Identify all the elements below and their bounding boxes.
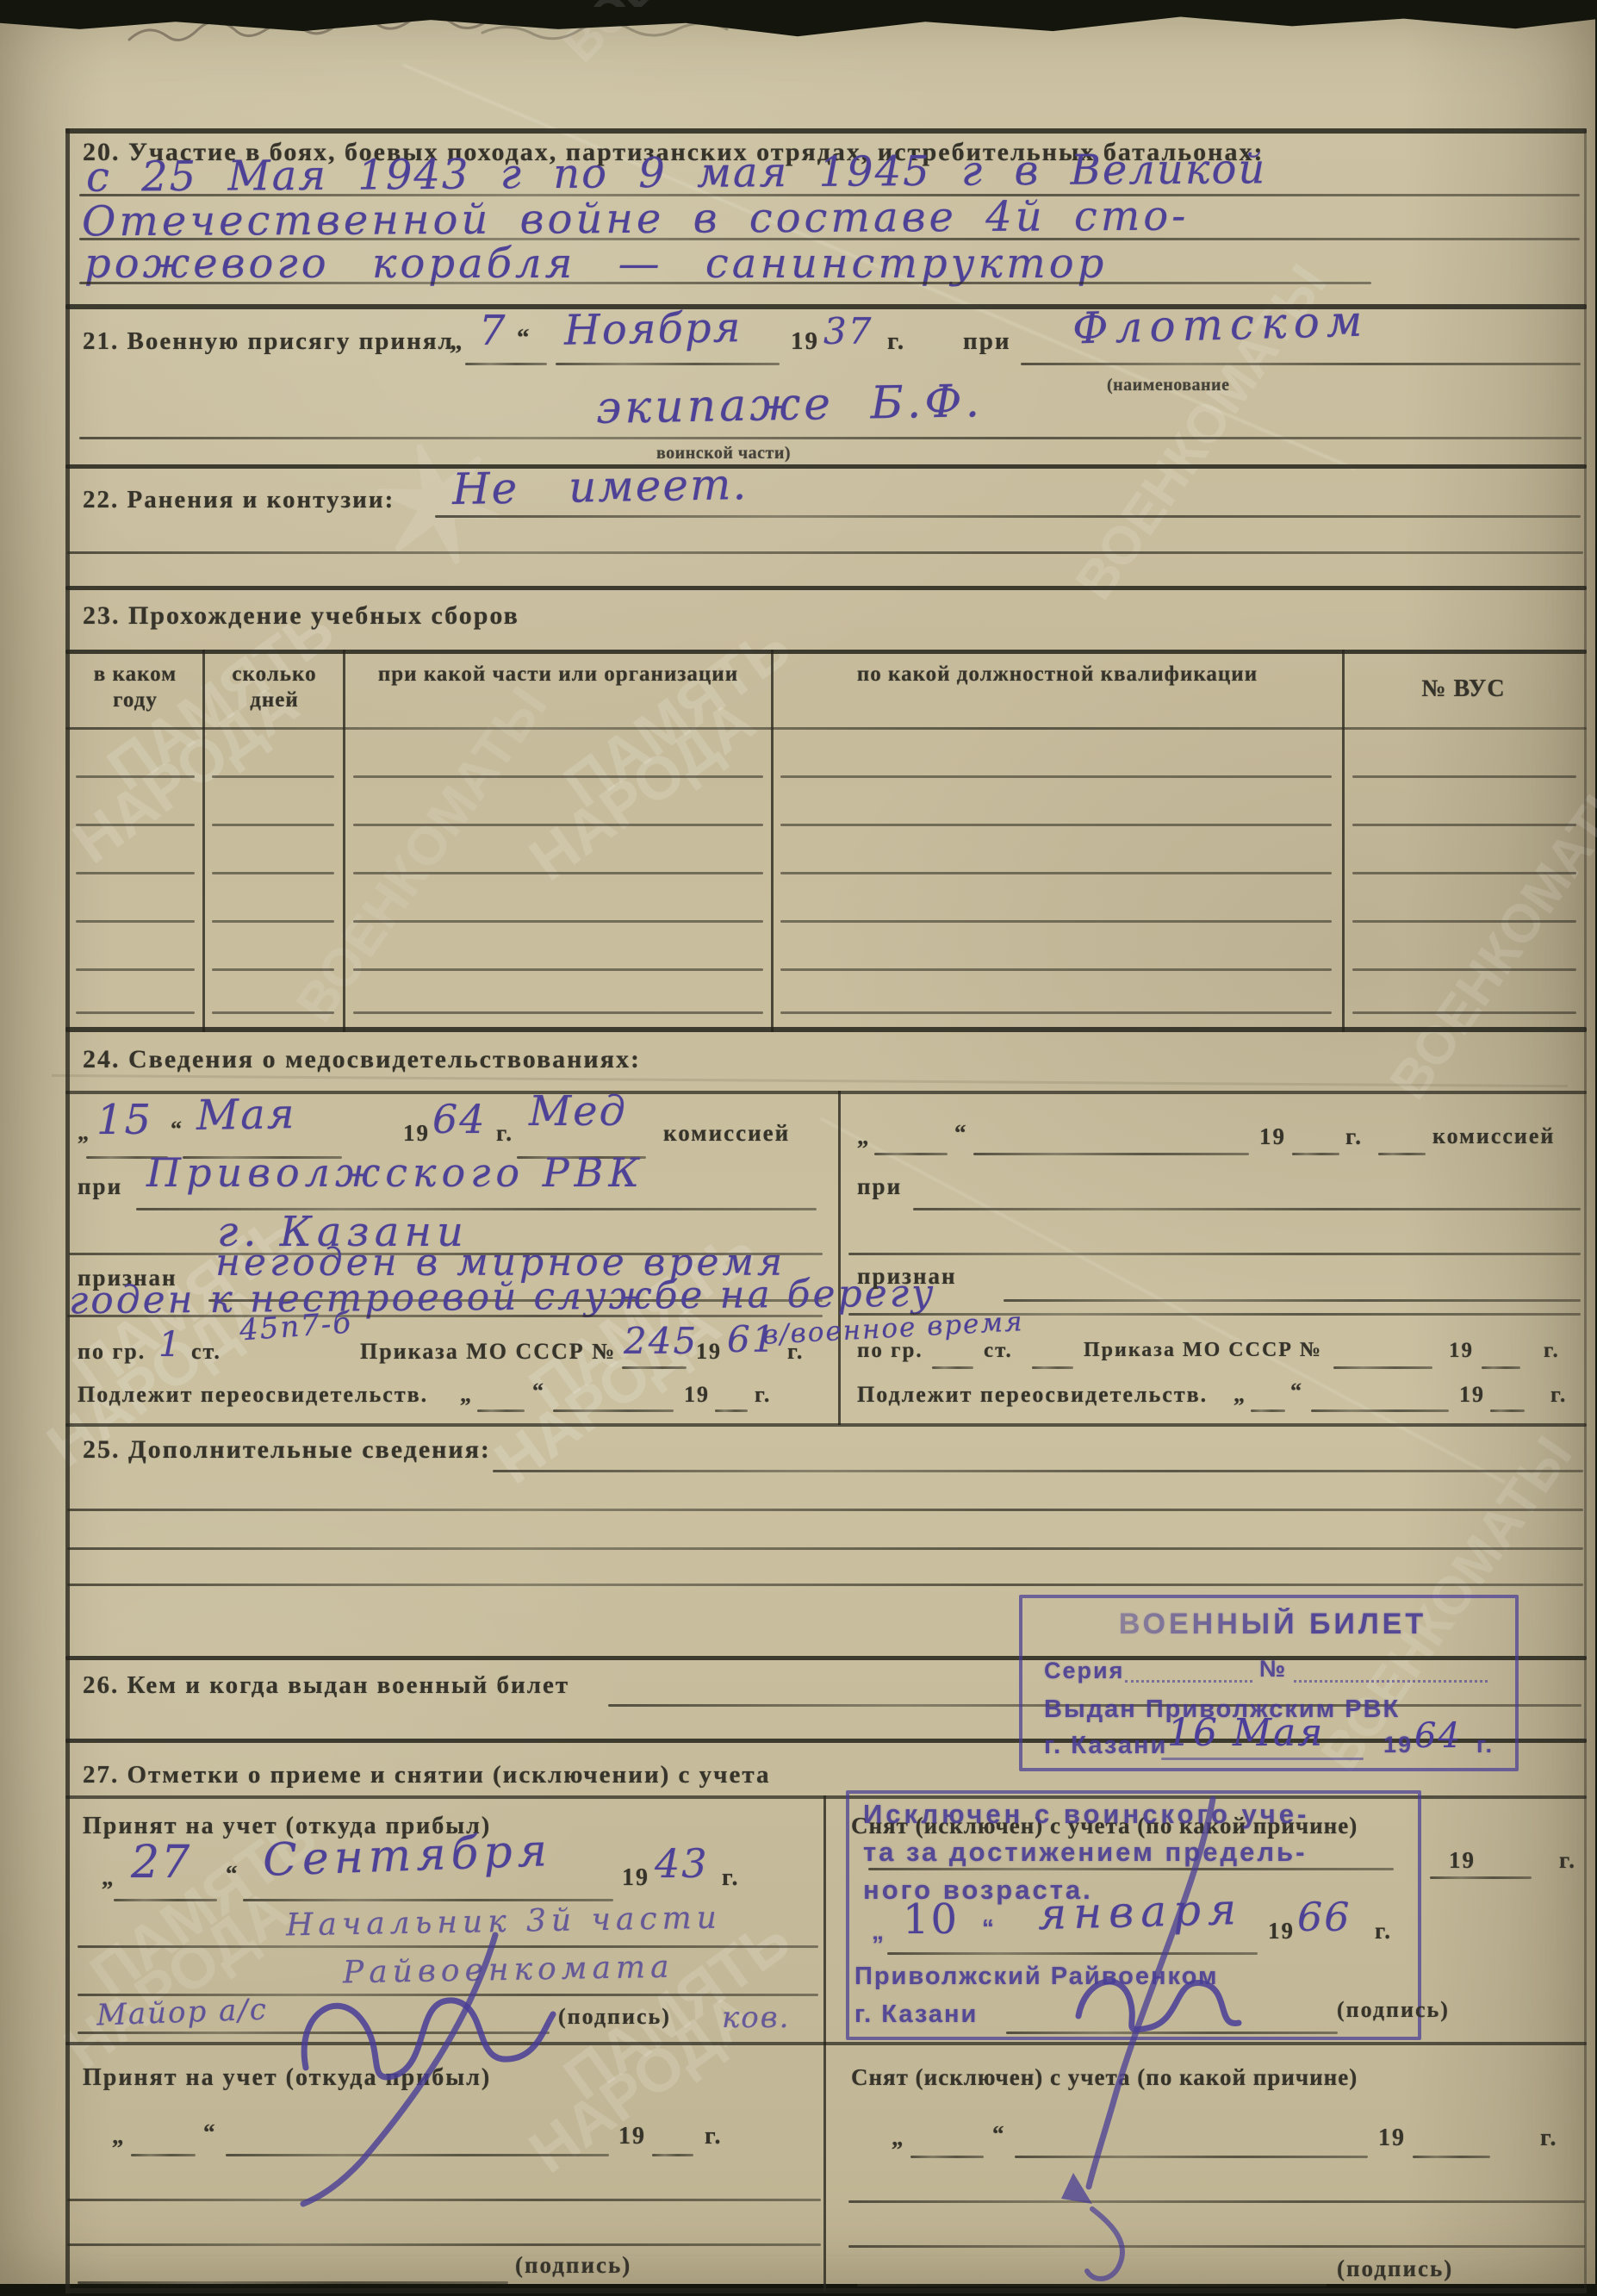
table-row-line: [76, 1011, 195, 1014]
prikaz-label: Приказа МО СССР №: [1084, 1339, 1322, 1362]
table-row-line: [212, 872, 334, 874]
table-row-line: [353, 824, 763, 826]
year-suffix: г.: [755, 1382, 771, 1408]
table-row-line: [780, 920, 1332, 923]
ruled-line: [1333, 1366, 1432, 1369]
ruled-line: [67, 1584, 1583, 1586]
table-row-line: [212, 1011, 334, 1014]
oath-unit-line-1: Флотском: [1072, 296, 1370, 354]
section-27-title: 27. Отметки о приеме и снятии (исключени…: [83, 1761, 771, 1789]
po-gr-label: по гр.: [857, 1339, 923, 1363]
registration-row-divider: [65, 2042, 1587, 2045]
ruled-line: [243, 1899, 613, 1901]
ruled-line: [1021, 363, 1581, 365]
ruled-line: [1490, 1409, 1525, 1412]
section-23-number: 23.: [83, 601, 121, 630]
med-commission-at: Приволжского РВК: [146, 1149, 644, 1196]
section-divider: [65, 586, 1587, 590]
table-column-divider: [771, 650, 774, 1032]
form-border-top: [65, 128, 1587, 134]
wounds-value: Не имеет.: [452, 459, 749, 514]
priznan-label: признан: [857, 1263, 957, 1290]
removal-stamp-line-4: Приволжский Райвоенком: [854, 1963, 1218, 1991]
flourish-hook: [1087, 2209, 1122, 2279]
removed-title-2: Снят (исключен) с учета (по какой причин…: [851, 2064, 1358, 2091]
accepted-month-1: Сентября: [262, 1825, 553, 1887]
signature-caption: (подпись): [558, 2004, 671, 2030]
ruled-line: [435, 515, 1581, 518]
signature-caption: (подпись): [515, 2252, 631, 2279]
year-suffix: г.: [1375, 1918, 1392, 1944]
close-quote: “: [954, 1120, 968, 1147]
table-row-line: [780, 968, 1332, 971]
year-prefix: 19: [618, 2123, 646, 2150]
ticket-number-label: №: [1259, 1656, 1287, 1683]
table-row-line: [353, 775, 763, 778]
ticket-year-prefix: 19: [1383, 1732, 1413, 1758]
pri-label: при: [857, 1173, 902, 1200]
ruled-line: [1004, 1299, 1581, 1302]
ruled-line: [1292, 1153, 1339, 1155]
table-border-bottom: [65, 1027, 1587, 1032]
med-month: Мая: [196, 1090, 297, 1140]
table-row-line: [1352, 872, 1576, 874]
table-column-divider: [1342, 650, 1345, 1032]
ruled-line: [715, 1409, 748, 1412]
prikaz-number: 245: [624, 1320, 698, 1362]
section-21-number: 21.: [83, 327, 119, 355]
prikaz-year-prefix: 19: [1449, 1339, 1474, 1363]
form-border-bottom: [65, 2288, 1587, 2293]
removal-stamp-line-1: Исключен с воинского уче-: [863, 1799, 1309, 1830]
section-27-number: 27.: [83, 1761, 119, 1789]
table-row-line: [212, 775, 334, 778]
section-25-number: 25.: [83, 1435, 121, 1464]
ruled-line: [1430, 1876, 1532, 1879]
ruled-line: [493, 1470, 1583, 1472]
table-row-line: [1352, 824, 1576, 826]
open-quote: „: [112, 2123, 126, 2150]
year-prefix: 19: [1268, 1918, 1295, 1944]
ruled-line: [887, 1952, 1258, 1955]
table-row-line: [76, 872, 195, 874]
section-22-label: Ранения и контузии:: [127, 486, 395, 513]
ticket-year-suffix: г.: [1476, 1732, 1494, 1758]
accepted-rank: Майор а/с: [96, 1993, 268, 2033]
ruled-line: [477, 1409, 525, 1412]
ruled-line: [79, 282, 1371, 284]
open-quote: „: [892, 2125, 905, 2151]
open-quote: „: [78, 1120, 90, 1146]
oath-month: Ноября: [564, 303, 743, 355]
table-header-unit: при какой части или организации: [348, 662, 768, 688]
section-27-label: Отметки о приеме и снятии (исключении) с…: [127, 1761, 771, 1789]
section-26-number: 26.: [83, 1671, 119, 1699]
signature-caption: (подпись): [1337, 1997, 1450, 2023]
pri-label: при: [963, 327, 1011, 356]
ticket-year: 64: [1414, 1716, 1462, 1756]
prikaz-year-suffix: г.: [787, 1339, 804, 1365]
signature-caption: (подпись): [1337, 2256, 1453, 2282]
close-quote: “: [532, 1378, 545, 1404]
section-26-title: 26. Кем и когда выдан военный билет: [83, 1671, 569, 1700]
close-quote: “: [226, 1861, 239, 1888]
podlezhit-label: Подлежит переосвидетельств.: [78, 1382, 428, 1408]
close-quote: “: [203, 2119, 217, 2146]
table-row-line: [76, 824, 195, 826]
ruled-line: [857, 2284, 1327, 2287]
ruled-line: [67, 1315, 823, 1317]
table-row-line: [212, 968, 334, 971]
watermark: ПАМЯТЬ: [551, 612, 803, 821]
removal-stamp-line-2: та за достижением предель-: [863, 1837, 1307, 1868]
ruled-line: [848, 2245, 1585, 2248]
med-year: 64: [432, 1096, 487, 1142]
accepted-official-line-2: Райвоенкомата: [343, 1950, 674, 1991]
med-column-divider: [838, 1091, 841, 1425]
st-value: 45п7-б: [239, 1305, 354, 1347]
ticket-stamp-title: ВОЕННЫЙ БИЛЕТ: [1038, 1608, 1507, 1641]
section-22-title: 22. Ранения и контузии:: [83, 486, 395, 514]
table-row-line: [1352, 920, 1576, 923]
po-gr-label: по гр.: [78, 1339, 146, 1365]
close-quote: “: [982, 1914, 996, 1942]
watermark: НАРОДА: [52, 1875, 301, 2083]
ruled-line: [78, 2032, 550, 2034]
open-quote: „: [460, 1382, 473, 1408]
ruled-line: [652, 2154, 693, 2156]
year-prefix: 19: [403, 1120, 430, 1147]
table-row-line: [1352, 968, 1576, 971]
year-prefix: 19: [1259, 1123, 1286, 1150]
prikaz-year-suffix: г.: [1544, 1339, 1560, 1363]
ruled-line: [67, 1547, 1583, 1550]
ruled-line: [622, 1366, 687, 1369]
ruled-line: [226, 2154, 609, 2156]
gr-value: 1: [158, 1325, 182, 1365]
table-row-line: [353, 1011, 763, 1014]
unit-hint-1: (наименование: [1107, 376, 1229, 395]
commission-label: комиссией: [1432, 1123, 1555, 1149]
table-header-year: в каком году: [71, 662, 200, 712]
accepted-year-1: 43: [655, 1840, 709, 1887]
podlezhit-label: Подлежит переосвидетельств.: [857, 1382, 1208, 1408]
st-label: ст.: [191, 1339, 221, 1365]
ruled-line: [131, 2154, 196, 2156]
section-24-label: Сведения о медосвидетельствованиях:: [128, 1045, 641, 1073]
year-prefix: 19: [1449, 1847, 1476, 1874]
ruled-line: [1413, 2156, 1490, 2158]
flourish-arrowhead: [1061, 2173, 1092, 2204]
ruled-line: [874, 1153, 948, 1155]
prikaz-year-prefix: 19: [696, 1339, 722, 1365]
table-row-line: [76, 968, 195, 971]
table-column-divider: [202, 650, 205, 1032]
close-quote: “: [1290, 1378, 1303, 1404]
table-row-line: [212, 824, 334, 826]
year-suffix: г.: [722, 1864, 740, 1892]
table-row-line: [353, 968, 763, 971]
year-prefix: 19: [622, 1864, 649, 1892]
ruled-line: [1482, 1366, 1520, 1369]
ruled-line: [114, 1899, 217, 1901]
pri-label: при: [78, 1173, 122, 1200]
ticket-city: г. Казани: [1044, 1732, 1167, 1760]
section-21-label: Военную присягу принял: [127, 327, 454, 355]
ruled-line: [848, 1313, 1581, 1316]
ruled-line: [1251, 1409, 1285, 1412]
year-prefix: 19: [1459, 1382, 1485, 1408]
ticket-seriya-label: Серия: [1044, 1658, 1124, 1684]
open-quote: „: [450, 327, 464, 356]
ruled-line: [556, 363, 780, 365]
section-24-title: 24. Сведения о медосвидетельствованиях:: [83, 1045, 641, 1074]
ruled-line: [973, 1153, 1249, 1155]
ruled-line: [1015, 2156, 1368, 2158]
dotted-line: [1125, 1680, 1252, 1683]
st-label: ст.: [984, 1339, 1013, 1363]
table-row-line: [780, 1011, 1332, 1014]
year-suffix: г.: [1550, 1382, 1567, 1408]
section-24-number: 24.: [83, 1045, 121, 1073]
table-row-line: [353, 920, 763, 923]
accepted-day-1: 27: [131, 1837, 191, 1888]
ruled-line: [910, 2156, 984, 2158]
ruled-line: [1378, 1153, 1426, 1155]
ruled-line: [78, 1945, 818, 1948]
year-prefix: 19: [791, 327, 819, 356]
section-26-label: Кем и когда выдан военный билет: [127, 1671, 570, 1699]
prikaz-label: Приказа МО СССР №: [360, 1339, 616, 1365]
med-commission-type: Мед: [529, 1087, 627, 1136]
year-suffix: г.: [1559, 1847, 1576, 1874]
table-row-line: [780, 775, 1332, 778]
ruled-line: [79, 437, 1581, 439]
year-suffix: г.: [496, 1120, 513, 1147]
table-header-qualification: по какой должностной квалификации: [775, 662, 1339, 688]
section-21-title: 21. Военную присягу принял: [83, 327, 454, 356]
removed-month: января: [1037, 1884, 1244, 1939]
med-day: 15: [96, 1096, 152, 1144]
removal-stamp-line-5: г. Казани: [854, 2000, 978, 2029]
close-quote: “: [517, 324, 531, 352]
year-suffix: г.: [705, 2123, 723, 2150]
year-suffix: г.: [887, 327, 905, 356]
table-row-line: [780, 824, 1332, 826]
removed-year: 66: [1297, 1894, 1352, 1940]
open-quote: „: [857, 1123, 871, 1150]
table-row-line: [1352, 1011, 1576, 1014]
table-header-bottom: [65, 727, 1587, 730]
open-quote: „: [872, 1918, 885, 1945]
section-23-title: 23. Прохождение учебных сборов: [83, 601, 519, 631]
ruled-line: [465, 363, 547, 365]
table-row-line: [780, 872, 1332, 874]
ruled-line: [78, 2281, 508, 2284]
table-row-line: [353, 872, 763, 874]
table-row-line: [76, 920, 195, 923]
ruled-line: [67, 2243, 821, 2246]
year-prefix: 19: [684, 1382, 710, 1408]
removed-day: 10: [903, 1895, 959, 1944]
ruled-line: [67, 2199, 821, 2201]
oath-day: 7: [479, 307, 507, 355]
section-25-title: 25. Дополнительные сведения:: [83, 1435, 491, 1465]
ticket-date: 16 Мая: [1167, 1711, 1324, 1755]
ruled-line: [67, 551, 1583, 554]
open-quote: „: [1233, 1382, 1246, 1408]
table-row-line: [76, 775, 195, 778]
section-23-label: Прохождение учебных сборов: [128, 601, 519, 630]
table-column-divider: [343, 650, 345, 1032]
open-quote: „: [102, 1864, 115, 1891]
ruled-line: [932, 1366, 973, 1369]
accepted-extra: ков.: [722, 2000, 790, 2035]
form-border-left: [65, 128, 70, 2293]
ruled-line: [1032, 1366, 1073, 1369]
ruled-line: [1006, 2032, 1338, 2034]
form-border-right: [1584, 128, 1587, 2293]
watermark: ВОЕНКОМАТЫ: [1378, 754, 1597, 1111]
document-paper: ВОЕНКОМАТЫ ✶ ПАМЯТЬ НАРОДА ПАМЯТЬ НАРОДА…: [0, 7, 1595, 2284]
accepted-title-2: Принят на учет (откуда прибыл): [83, 2064, 491, 2092]
torn-top-edge: [0, 7, 1595, 38]
year-suffix: г.: [1345, 1123, 1363, 1150]
prikaz-year: 61: [727, 1318, 776, 1360]
combat-service-line-3: рожевого корабля — санинструктор: [84, 240, 1107, 288]
accepted-official-line-1: Начальник 3й части: [286, 1901, 723, 1944]
ruled-line: [67, 1509, 1583, 1511]
ruled-line: [553, 1409, 674, 1412]
dotted-line: [1294, 1680, 1488, 1683]
oath-unit-line-2: экипаже Б.Ф.: [596, 376, 984, 434]
table-border-top: [65, 650, 1587, 654]
ruled-line: [1311, 1409, 1449, 1412]
section-25-label: Дополнительные сведения:: [128, 1435, 491, 1464]
ruled-line: [913, 1208, 1581, 1210]
paper-crease: [52, 1074, 1568, 1087]
close-quote: “: [992, 2121, 1006, 2148]
ruled-line: [848, 2200, 1585, 2203]
year-prefix: 19: [1378, 2125, 1406, 2152]
section-22-number: 22.: [83, 486, 119, 513]
table-row-line: [1352, 775, 1576, 778]
section-divider: [65, 1423, 1587, 1427]
ruled-line: [848, 1253, 1581, 1255]
commission-label: комиссией: [663, 1120, 790, 1147]
table-header-vus: № ВУС: [1345, 675, 1581, 703]
oath-year: 37: [823, 310, 873, 352]
scanned-military-registration-card: { "watermarks": { "w1a": "ПАМЯТЬ", "w1b"…: [0, 0, 1597, 2296]
year-suffix: г.: [1540, 2125, 1558, 2152]
ruled-line: [1161, 1758, 1364, 1760]
section-divider: [65, 464, 1587, 469]
table-row-line: [212, 920, 334, 923]
watermark: НАРОДА: [517, 686, 767, 894]
table-header-days: сколько дней: [208, 662, 340, 712]
close-quote: “: [171, 1117, 183, 1142]
